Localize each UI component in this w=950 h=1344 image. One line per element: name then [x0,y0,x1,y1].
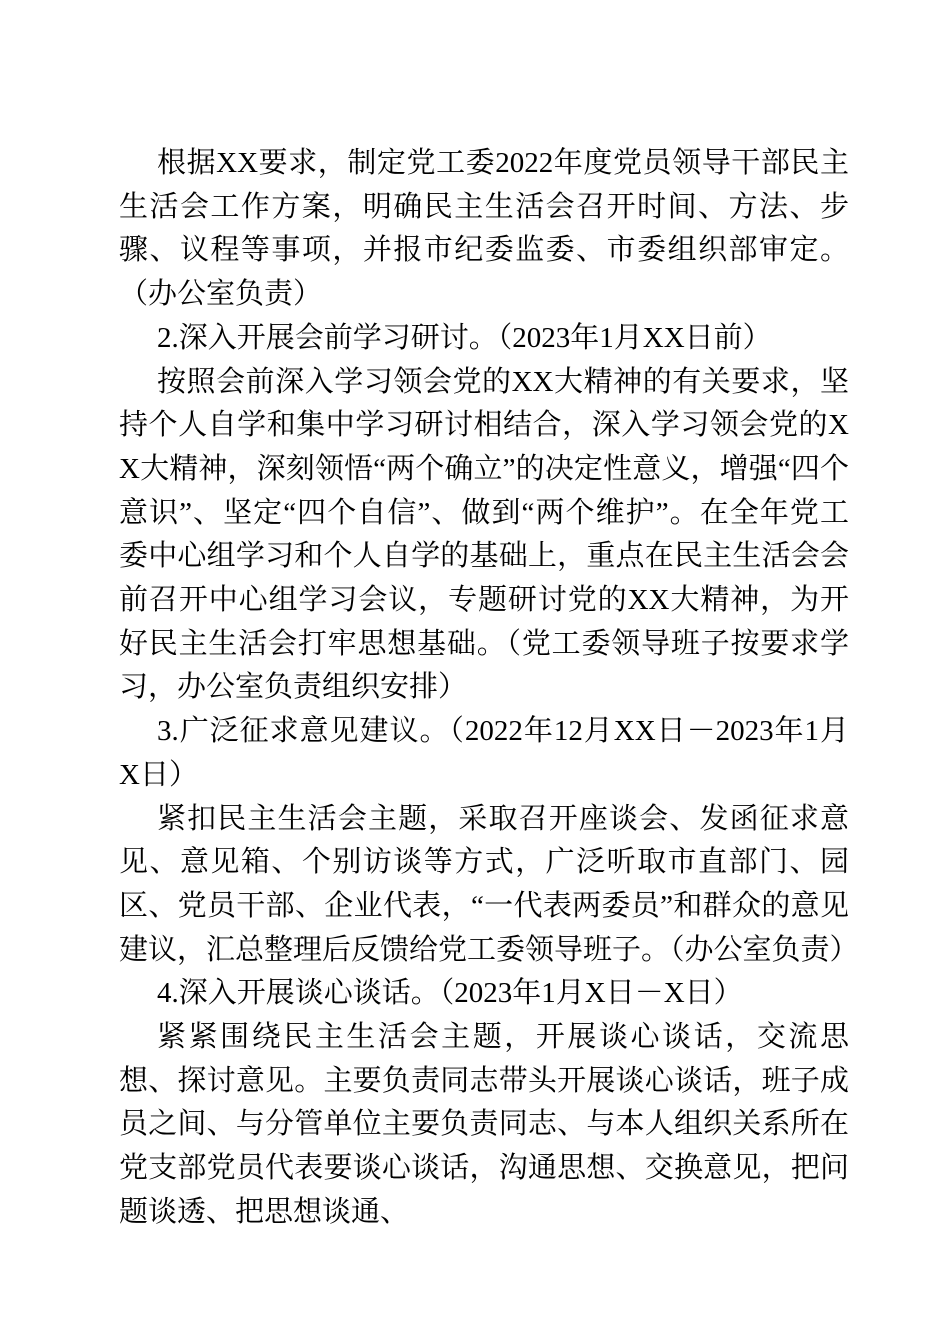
item-heading-3-solicit-opinions: 3.广泛征求意见建议。（2022年12月XX日－2023年1月X日） [119,710,849,797]
item-heading-4-heart-to-heart-talks: 4.深入开展谈心谈话。（2023年1月X日－X日） [119,972,849,1016]
paragraph-heart-to-heart-talks: 紧紧围绕民主生活会主题，开展谈心谈话，交流思想、探讨意见。主要负责同志带头开展谈… [119,1016,849,1235]
paragraph-solicit-opinions: 紧扣民主生活会主题，采取召开座谈会、发函征求意见、意见箱、个别访谈等方式，广泛听… [119,798,849,973]
paragraph-plan-drafting: 根据XX要求，制定党工委2022年度党员领导干部民主生活会工作方案，明确民主生活… [119,142,849,317]
paragraph-pre-meeting-study: 按照会前深入学习领会党的XX大精神的有关要求，坚持个人自学和集中学习研讨相结合，… [119,361,849,711]
item-heading-2-pre-meeting-study: 2.深入开展会前学习研讨。（2023年1月XX日前） [119,317,849,361]
document-page: 根据XX要求，制定党工委2022年度党员领导干部民主生活会工作方案，明确民主生活… [0,0,950,1344]
